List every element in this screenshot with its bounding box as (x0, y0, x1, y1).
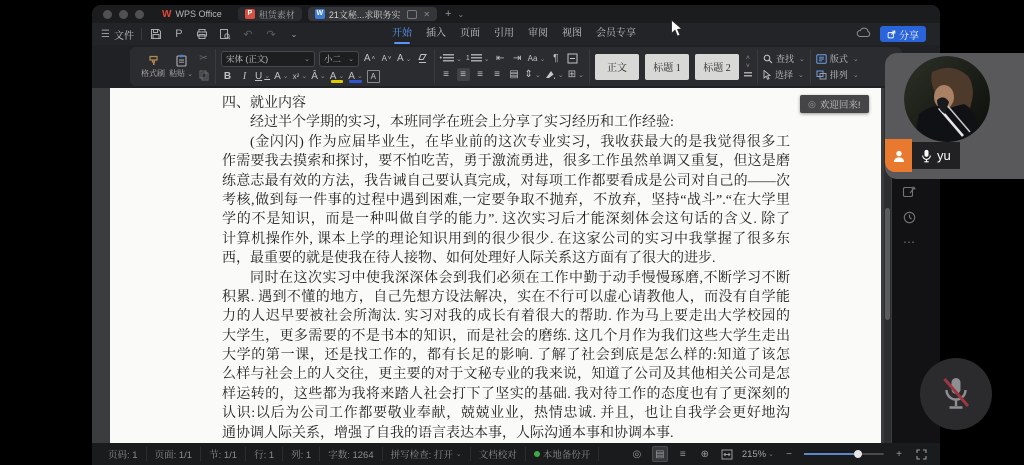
style-scroll-up-icon[interactable]: ˄ (746, 56, 750, 62)
font-size-value: 小二 (324, 53, 341, 65)
document-line[interactable]: 西，最重要的就是使我在待人接物、如何处理好人际关系这方面有了很大的进步. (222, 249, 790, 268)
status-item-text: 文档校对 (479, 447, 517, 461)
document-text: 四、就业内容经过半个学期的实习，本班同学在班会上分享了实习经历和工作经验:(金闪… (222, 94, 790, 443)
document-tab[interactable]: W21文秘...求职务实✕ (308, 7, 437, 21)
pinyin-guide-button[interactable]: Â⌄ (311, 70, 326, 83)
menu-tab[interactable]: 会员专享 (596, 23, 636, 45)
chevron-down-icon: ⌄ (304, 55, 310, 63)
minimize-window-button[interactable] (119, 10, 128, 19)
status-item[interactable]: 列: 1 (283, 447, 320, 461)
webcam-panel[interactable]: yu (885, 53, 1024, 179)
redo-icon[interactable]: ↷ (264, 27, 278, 41)
share-button[interactable]: 分享 (880, 26, 926, 42)
zoom-slider-fill (804, 453, 856, 455)
cut-copy-column: ✂ (197, 52, 210, 82)
status-items: 页码: 1页面: 1/1节: 1/1行: 1列: 1字数: 1264拼写检查: … (100, 447, 599, 461)
document-line[interactable]: 大学的第一课，还是找工作的，都有长足的影响. 了解了社会到底是怎么样的:知道了该… (222, 346, 790, 365)
superscript-button[interactable]: x²⌄ (293, 70, 308, 83)
participant-name-tag: yu (912, 142, 960, 169)
status-item-text: 拼写检查: 打开 (391, 447, 453, 461)
annotation-icon[interactable] (901, 184, 917, 200)
wps-window: W WPS Office P租赁素材W21文秘...求职务实✕ + ⌄ ☰ 文件… (92, 5, 940, 465)
justify-button[interactable]: ≡ (491, 68, 504, 81)
document-line[interactable]: 同时在这次实习中使我深深体会到我们必须在工作中勤于动手慢慢琢磨,不断学习不断 (222, 269, 790, 288)
status-item-text: 列: 1 (291, 447, 311, 461)
font-name-value: 宋体 (正文) (226, 53, 268, 65)
status-item[interactable]: 字数: 1264 (320, 447, 382, 461)
tab-list-dropdown[interactable]: ⌄ (457, 10, 464, 19)
cloud-sync-icon[interactable] (856, 25, 871, 43)
status-item[interactable]: 节: 1/1 (201, 447, 246, 461)
italic-button[interactable]: I (238, 70, 251, 83)
font-name-select[interactable]: 宋体 (正文) ⌄ (221, 51, 315, 67)
fullscreen-button[interactable] (914, 447, 928, 461)
hamburger-icon: ☰ (101, 29, 110, 40)
font-color-button[interactable]: A⌄ (348, 70, 363, 83)
bold-button[interactable]: B (221, 70, 234, 83)
find-button[interactable]: 查找 ⌄ (763, 52, 805, 65)
zoom-value: 215% (742, 449, 766, 460)
web-layout-icon[interactable]: ⊕ (698, 447, 712, 461)
document-line[interactable]: 力的人迟早要被社会所淘汰. 实习对我的成长有着很大的帮助. 作为马上要走出大学校… (222, 307, 790, 326)
style-item[interactable]: 标题 1 (645, 54, 689, 80)
status-item-text: 节: 1/1 (209, 447, 237, 461)
decrease-font-size-button[interactable]: A˅ (380, 52, 393, 65)
status-item[interactable]: 本地备份开 (526, 447, 600, 461)
backup-status-dot (534, 451, 540, 457)
participant-avatar (904, 56, 990, 142)
chevron-down-icon: ⌄ (798, 71, 804, 79)
wps-logo-icon: W (162, 9, 171, 20)
paragraph-group: •⌄ 1⌄ ⇤ ⇥ Aa⌄ ¶ ≡ ≡ ≡ ≡ (435, 49, 590, 84)
document-icon: P (245, 9, 255, 19)
document-line[interactable]: 作需要我去摸索和探讨，要不怕吃苦，勇于激流勇进，很多工作虽然单调又重复，但这是磨 (222, 152, 790, 171)
chevron-down-icon: ⌄ (853, 55, 859, 63)
status-item-text: 字数: 1264 (328, 447, 373, 461)
format-painter-label: 格式刷 (141, 68, 165, 79)
menu-tab[interactable]: 页面 (460, 23, 480, 45)
microphone-muted-button[interactable] (920, 358, 992, 430)
document-line[interactable]: 考核,做到每一件事的过程中遇到困难,一定要争取不抛弃，不放弃，坚持“战斗”.“在… (222, 191, 790, 210)
select-button[interactable]: 选择 ⌄ (763, 68, 805, 81)
align-center-button[interactable]: ≡ (457, 68, 470, 81)
clipboard-icon (175, 54, 188, 67)
paste-button[interactable]: 粘贴⌄ (167, 54, 195, 79)
clock-icon[interactable] (901, 209, 917, 225)
underline-button[interactable]: U⌄ (255, 70, 270, 83)
arrange-label: 排列 (830, 68, 848, 81)
chevron-down-icon: ⌄ (768, 450, 774, 458)
style-item[interactable]: 标题 2 (695, 54, 739, 80)
select-label: 选择 (775, 68, 793, 81)
document-icon: W (315, 9, 325, 19)
app-logo: W WPS Office (162, 9, 222, 20)
search-icon (763, 54, 773, 64)
file-menu[interactable]: ☰ 文件 (101, 27, 134, 42)
mouse-cursor (670, 19, 683, 38)
arrange-button[interactable]: 排列 ⌄ (816, 68, 859, 81)
decrease-indent-button[interactable]: ⇤ (494, 52, 507, 65)
print-preview-icon[interactable] (218, 27, 232, 41)
zoom-slider[interactable] (804, 453, 884, 455)
share-label: 分享 (899, 27, 919, 42)
statusbar-right: ◎ ▤ ≡ ⊕ 215% ⌄ − + (630, 446, 932, 462)
document-line[interactable]: 大学生，更多需要的不是书本的知识，而是社会的磨练. 这几个月作为我们这些大学生走… (222, 327, 790, 346)
status-item-text: 页面: 1/1 (155, 447, 193, 461)
fit-page-icon[interactable] (720, 447, 734, 461)
status-item-text: 本地备份开 (543, 447, 591, 461)
new-tab-button[interactable]: + (445, 8, 451, 20)
zoom-level[interactable]: 215% ⌄ (742, 449, 774, 460)
document-tab[interactable]: P租赁素材 (238, 7, 302, 21)
menu-tab[interactable]: 审阅 (528, 23, 548, 45)
status-item[interactable]: 页码: 1 (100, 447, 147, 461)
document-line[interactable]: 样运转的，这些都为我将来踏人社会打下了坚实的基础. 我对待工作的态度也有了更深刻… (222, 385, 790, 404)
share-icon (887, 30, 896, 39)
style-item[interactable]: 正文 (595, 54, 639, 80)
clipboard-group: 格式刷 粘贴⌄ ✂ (134, 49, 216, 84)
welcome-toast: ◎ 欢迎回来! (800, 95, 869, 113)
titlebar-tabs: P租赁素材W21文秘...求职务实✕ (238, 7, 437, 21)
menubar: ☰ 文件 P ↶ ↷ ⌄ 开始插入页面引用审阅视图会员专享 (92, 23, 940, 45)
page-view-icon[interactable]: ▤ (652, 446, 668, 462)
format-painter-button[interactable]: 格式刷 (139, 54, 167, 79)
style-gallery-arrows: ˄ ˅ (744, 56, 752, 77)
font-group: 宋体 (正文) ⌄ 小二 ⌄ A˄ A˅ A⌄ (216, 49, 435, 84)
layout-label: 版式 (830, 52, 848, 65)
menu-tab[interactable]: 视图 (562, 23, 582, 45)
document-page[interactable]: 四、就业内容经过半个学期的实习，本班同学在班会上分享了实习经历和工作经验:(金闪… (110, 88, 881, 443)
increase-indent-button[interactable]: ⇥ (511, 52, 524, 65)
style-scroll-down-icon[interactable]: ˅ (746, 64, 750, 70)
save-icon[interactable] (149, 27, 163, 41)
font-color-blue-swatch (349, 80, 362, 83)
document-line[interactable]: 经过半个学期的实习，本班同学在班会上分享了实习经历和工作经验: (222, 113, 790, 132)
line-spacing-button[interactable]: ⇕⌄ (525, 68, 541, 81)
increase-font-size-button[interactable]: A˄ (363, 52, 376, 65)
chevron-down-icon: ⌄ (799, 55, 805, 63)
person-icon (892, 149, 906, 163)
welcome-badge-icon: ◎ (808, 99, 816, 110)
microphone-muted-icon (939, 375, 973, 413)
zoom-in-button[interactable]: + (892, 447, 906, 461)
numbered-list-button[interactable]: 1⌄ (466, 52, 490, 65)
character-border-button[interactable]: A (367, 70, 380, 83)
document-area: 四、就业内容经过半个学期的实习，本班同学在班会上分享了实习经历和工作经验:(金闪… (92, 88, 940, 443)
layout-icon (816, 54, 827, 64)
zoom-slider-knob[interactable] (854, 450, 862, 458)
menubar-tabs: 开始插入页面引用审阅视图会员专享 (392, 23, 636, 45)
align-left-button[interactable]: ≡ (440, 68, 453, 81)
close-window-button[interactable] (103, 10, 112, 19)
chevron-down-icon: ⌄ (853, 71, 859, 79)
status-item[interactable]: 页面: 1/1 (147, 447, 202, 461)
style-gallery: 正文标题 1标题 2 (595, 54, 739, 80)
print-icon[interactable] (195, 27, 209, 41)
copy-icon[interactable] (197, 69, 210, 82)
document-line[interactable]: 通协调人际关系，增强了自我的语言表达本事，人际沟通本事和协调本事. (222, 424, 790, 443)
chevron-down-icon: ⌄ (187, 71, 193, 78)
distribute-button[interactable]: ▤ (508, 68, 521, 81)
cursor-select-icon (763, 70, 772, 80)
microphone-icon (921, 149, 932, 163)
statusbar: 页码: 1页面: 1/1节: 1/1行: 1列: 1字数: 1264拼写检查: … (92, 443, 940, 465)
status-item-text: 页码: 1 (108, 447, 138, 461)
document-line[interactable]: (金闪闪) 作为应届毕业生，在毕业前的这次专业实习，我收获最大的是我觉得很多工 (222, 133, 790, 152)
highlight-yellow-swatch (331, 80, 344, 83)
menu-tab[interactable]: 引用 (494, 23, 514, 45)
style-more-icon[interactable] (744, 72, 752, 77)
export-pdf-icon[interactable]: P (172, 27, 186, 41)
brush-icon (147, 54, 160, 67)
document-line[interactable]: 积累. 遇到不懂的地方，自己先想方设法解决，实在不行可以虚心请教他人，而没有自学… (222, 288, 790, 307)
menu-tab[interactable]: 开始 (392, 23, 412, 45)
paste-label: 粘贴⌄ (169, 68, 193, 79)
shading-button[interactable]: ⌄ (545, 68, 564, 81)
arrange-icon (816, 70, 827, 80)
borders-button[interactable]: ⊞⌄ (568, 68, 584, 81)
document-line[interactable]: 么样与社会上的人交往，更主要的对于文秘专业的我来说，知道了公司及其他相关公司是怎 (222, 365, 790, 384)
zoom-window-button[interactable] (135, 10, 144, 19)
quick-access-toolbar: P ↶ ↷ ⌄ (149, 27, 301, 41)
menu-tab[interactable]: 插入 (426, 23, 446, 45)
titlebar: W WPS Office P租赁素材W21文秘...求职务实✕ + ⌄ (92, 5, 940, 23)
traffic-lights (103, 10, 144, 19)
eye-protection-icon[interactable]: ◎ (630, 447, 644, 461)
text-effects-button[interactable]: A⌄ (397, 52, 412, 65)
app-name: WPS Office (175, 9, 221, 19)
text-direction-button[interactable] (566, 52, 579, 65)
tab-close-icon[interactable]: ✕ (423, 10, 430, 19)
meeting-side-toolbar: ⋯ (901, 184, 917, 250)
highlight-color-button[interactable]: A⌄ (330, 70, 345, 83)
change-case-button[interactable]: Aa⌄ (528, 52, 546, 65)
align-right-button[interactable]: ≡ (474, 68, 487, 81)
tab-collab-icon[interactable] (407, 10, 417, 19)
welcome-toast-text: 欢迎回来! (820, 97, 861, 111)
status-item[interactable]: 拼写检查: 打开⌄ (383, 447, 471, 461)
menubar-right: 分享 (856, 23, 926, 45)
chevron-down-icon: ⌄ (456, 450, 462, 458)
document-line[interactable]: 计算机操作外, 课本上学的理论知识用到的很少很少. 在这家公司的实习中我掌握了很… (222, 230, 790, 249)
status-item[interactable]: 行: 1 (246, 447, 283, 461)
more-options-icon[interactable]: ⋯ (901, 234, 917, 250)
file-menu-label: 文件 (114, 27, 134, 42)
styles-group: 正文标题 1标题 2 ˄ ˅ (590, 49, 758, 84)
zoom-out-button[interactable]: − (782, 447, 796, 461)
ribbon: 格式刷 粘贴⌄ ✂ 宋体 (正文) (92, 45, 940, 88)
chevron-down-icon: ⌄ (348, 55, 354, 63)
scrollbar-thumb[interactable] (885, 208, 890, 320)
status-item-text: 行: 1 (254, 447, 274, 461)
document-line[interactable]: 四、就业内容 (222, 94, 790, 113)
quick-access-dropdown-icon[interactable]: ⌄ (287, 27, 301, 41)
divider (141, 28, 142, 40)
find-label: 查找 (776, 52, 794, 65)
document-line[interactable]: 学的不是知识，而是一种叫做自学的能力”. 这次实习后才能深刻体会这句话的含义. … (222, 210, 790, 229)
cut-icon[interactable]: ✂ (197, 52, 210, 65)
document-line[interactable]: 认识:以后为公司工作都要敬业奉献，兢兢业业，热情忠诚. 并且，也让自我学会更好地… (222, 404, 790, 423)
ribbon-card: 格式刷 粘贴⌄ ✂ 宋体 (正文) (130, 47, 902, 86)
layout-group: 版式 ⌄ 排列 ⌄ (811, 49, 864, 84)
character-shading-button[interactable]: A⌄ (274, 70, 289, 83)
participant-status-badge (885, 139, 912, 172)
font-size-select[interactable]: 小二 ⌄ (319, 51, 359, 67)
undo-icon[interactable]: ↶ (241, 27, 255, 41)
status-item[interactable]: 文档校对 (471, 447, 526, 461)
participant-name: yu (937, 148, 951, 163)
tab-label: 租赁素材 (259, 8, 295, 21)
outline-view-icon[interactable]: ≡ (676, 447, 690, 461)
layout-button[interactable]: 版式 ⌄ (816, 52, 859, 65)
document-line[interactable]: 练意志最有效的方法，我告诫自己要认真完成，对每项工作都要看成是公司对自己的——次 (222, 172, 790, 191)
editing-group: 查找 ⌄ 选择 ⌄ (758, 49, 811, 84)
show-paragraph-marks-button[interactable]: ¶ (549, 52, 562, 65)
bullet-list-button[interactable]: •⌄ (440, 52, 462, 65)
tab-label: 21文秘...求职务实 (329, 8, 401, 21)
clear-format-button[interactable] (416, 52, 429, 65)
